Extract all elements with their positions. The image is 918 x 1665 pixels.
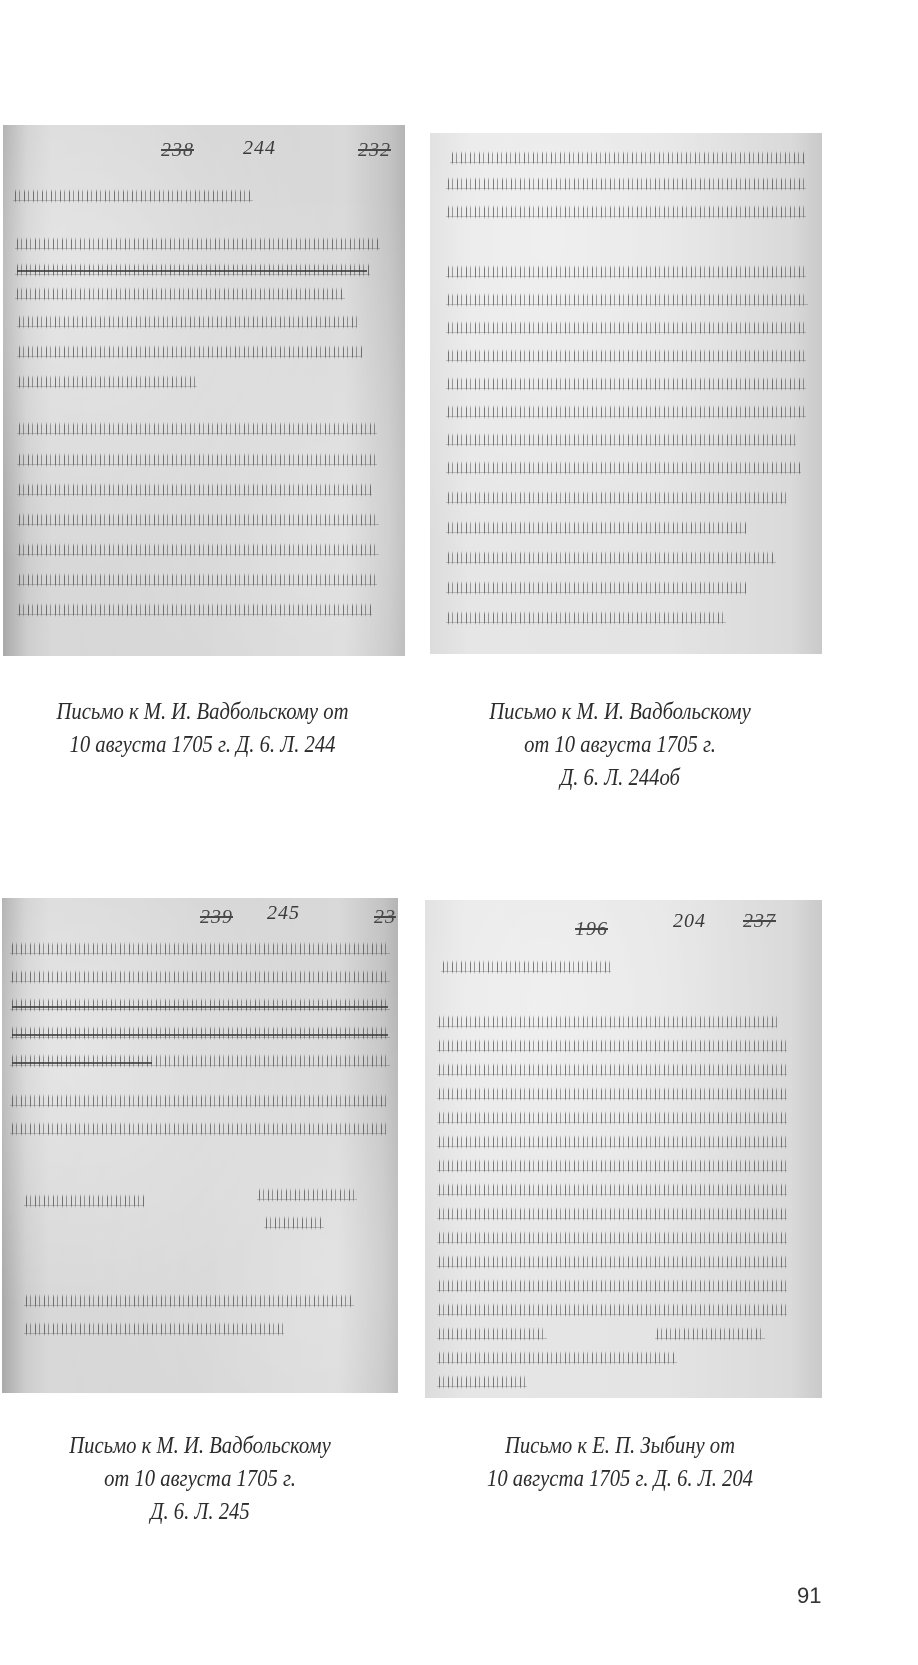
handwriting-line <box>437 1231 787 1245</box>
folio-current: 204 <box>673 910 706 933</box>
handwriting-line <box>24 1322 284 1336</box>
caption-plate-2: Письмо к М. И. Вадбольскому от 10 август… <box>448 696 792 795</box>
handwriting-line <box>441 960 611 974</box>
handwriting-line <box>10 1122 386 1136</box>
handwriting-line <box>17 603 372 617</box>
handwriting-line <box>446 611 726 625</box>
handwriting-line <box>437 1111 787 1125</box>
caption-line: Письмо к М. И. Вадбольскому от <box>28 696 376 729</box>
folio-struck-right: 232 <box>358 139 391 162</box>
paper-texture <box>425 900 822 1398</box>
handwriting-line <box>17 483 372 497</box>
handwriting-line <box>446 377 806 391</box>
handwriting-line <box>437 1255 787 1269</box>
caption-line: 10 августа 1705 г. Д. 6. Л. 204 <box>448 1463 792 1496</box>
strikethrough <box>12 1062 152 1064</box>
handwriting-line <box>446 461 801 475</box>
handwriting-line <box>437 1135 787 1149</box>
folio-current: 244 <box>243 137 276 160</box>
caption-line: Д. 6. Л. 245 <box>28 1496 372 1529</box>
folio-struck-left: 239 <box>200 906 233 929</box>
handwriting-line <box>437 1183 787 1197</box>
handwriting-line <box>17 345 362 359</box>
handwriting-line <box>17 573 377 587</box>
manuscript-photo-3: 239 245 23 <box>2 898 398 1393</box>
manuscript-photo-4: 196 204 237 <box>425 900 822 1398</box>
handwriting-line <box>437 1351 677 1365</box>
handwriting-line <box>437 1375 527 1389</box>
manuscript-photo-1: 238 244 232 <box>3 125 405 656</box>
caption-line: 10 августа 1705 г. Д. 6. Л. 244 <box>28 729 376 762</box>
handwriting-line <box>17 315 357 329</box>
caption-line: Письмо к М. И. Вадбольскому <box>448 696 792 729</box>
handwriting-line <box>13 189 253 203</box>
handwriting-line <box>446 349 806 363</box>
handwriting-line <box>264 1216 324 1230</box>
strikethrough <box>12 1034 388 1036</box>
strikethrough <box>17 270 367 272</box>
handwriting-line <box>446 293 808 307</box>
handwriting-line <box>10 998 390 1012</box>
handwriting-line <box>17 513 379 527</box>
handwriting-line <box>10 970 390 984</box>
handwriting-line <box>446 551 776 565</box>
handwriting-line <box>437 1327 547 1341</box>
handwriting-line <box>437 1207 787 1221</box>
handwriting-line <box>655 1327 765 1341</box>
handwriting-line <box>437 1039 787 1053</box>
handwriting-line <box>446 491 786 505</box>
handwriting-line <box>10 942 390 956</box>
handwriting-line <box>17 375 197 389</box>
caption-line: от 10 августа 1705 г. <box>448 729 792 762</box>
caption-line: Письмо к М. И. Вадбольскому <box>28 1430 372 1463</box>
handwriting-line <box>437 1015 777 1029</box>
caption-plate-3: Письмо к М. И. Вадбольскому от 10 август… <box>28 1430 372 1529</box>
handwriting-line <box>437 1087 787 1101</box>
handwriting-line <box>437 1303 787 1317</box>
caption-line: Д. 6. Л. 244об <box>448 762 792 795</box>
page-number: 91 <box>797 1583 821 1609</box>
handwriting-line <box>450 151 805 165</box>
handwriting-line <box>15 287 345 301</box>
handwriting-line <box>17 453 377 467</box>
handwriting-line <box>15 237 380 251</box>
handwriting-line <box>446 521 746 535</box>
handwriting-line <box>10 1094 386 1108</box>
handwriting-line <box>446 433 796 447</box>
manuscript-photo-2 <box>430 133 822 654</box>
handwriting-line <box>10 1026 390 1040</box>
handwriting-line <box>17 543 379 557</box>
handwriting-line <box>24 1294 354 1308</box>
caption-line: от 10 августа 1705 г. <box>28 1463 372 1496</box>
handwriting-line <box>17 422 377 436</box>
handwriting-line <box>24 1194 144 1208</box>
handwriting-line <box>446 205 806 219</box>
caption-plate-4: Письмо к Е. П. Зыбину от 10 августа 1705… <box>448 1430 792 1496</box>
folio-struck-right: 23 <box>374 906 396 929</box>
handwriting-line <box>446 581 746 595</box>
handwriting-line <box>257 1188 357 1202</box>
folio-struck-right: 237 <box>743 910 776 933</box>
handwriting-line <box>446 265 806 279</box>
handwriting-line <box>446 177 806 191</box>
handwriting-line <box>446 321 806 335</box>
folio-current: 245 <box>267 902 300 925</box>
strikethrough <box>12 1006 388 1008</box>
caption-line: Письмо к Е. П. Зыбину от <box>448 1430 792 1463</box>
folio-struck-left: 238 <box>161 139 194 162</box>
handwriting-line <box>10 1054 390 1068</box>
handwriting-line <box>437 1159 787 1173</box>
caption-plate-1: Письмо к М. И. Вадбольскому от 10 август… <box>28 696 376 762</box>
folio-struck-left: 196 <box>575 918 608 941</box>
handwriting-line <box>446 405 806 419</box>
handwriting-line <box>437 1063 787 1077</box>
handwriting-line <box>437 1279 787 1293</box>
